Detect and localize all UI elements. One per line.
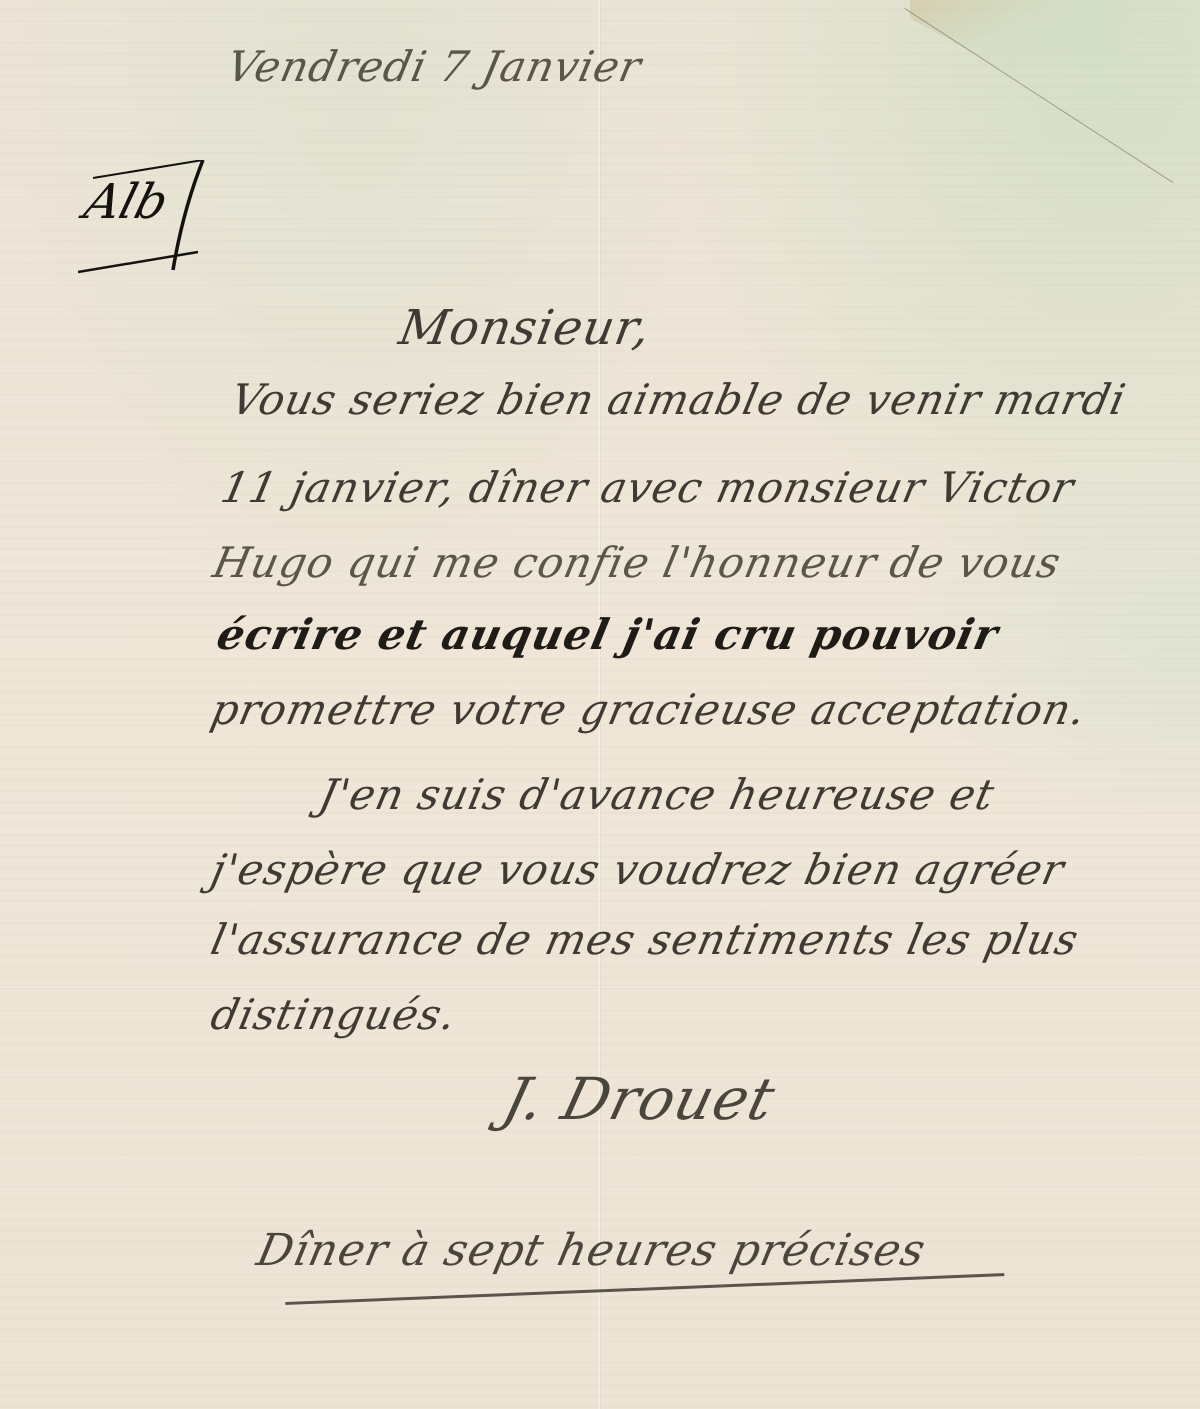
corner-fold-stain (910, 0, 1200, 230)
signature: J. Drouet (497, 1065, 783, 1133)
salutation: Monsieur, (395, 300, 655, 356)
date-line: Vendredi 7 Janvier (223, 42, 646, 91)
postscript: Dîner à sept heures précises (253, 1225, 931, 1276)
body-line: Vous seriez bien aimable de venir mardi (227, 375, 1131, 424)
body-line: écrire et auquel j'ai cru pouvoir (213, 610, 1003, 659)
monogram-mark: Alb (78, 160, 208, 280)
monogram-text: Alb (78, 174, 174, 230)
letter-page: Vendredi 7 Janvier Alb Monsieur, Vous se… (0, 0, 1200, 1409)
postscript-underline (285, 1273, 1005, 1305)
body-line: l'assurance de mes sentiments les plus (207, 915, 1084, 964)
body-line: distingués. (207, 990, 461, 1039)
body-line: Hugo qui me confie l'honneur de vous (209, 538, 1066, 587)
body-line: j'espère que vous voudrez bien agréer (207, 845, 1069, 894)
horizontal-fold-crease (0, 985, 1200, 987)
body-line: J'en suis d'avance heureuse et (315, 770, 999, 819)
body-line: promettre votre gracieuse acceptation. (207, 685, 1091, 734)
body-line: 11 janvier, dîner avec monsieur Victor (217, 463, 1079, 512)
